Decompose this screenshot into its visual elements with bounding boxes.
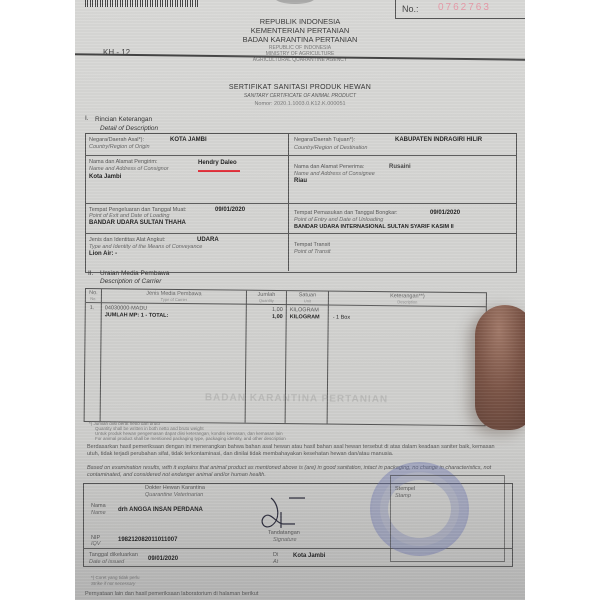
header-republic: REPUBLIK INDONESIA [75, 17, 525, 26]
conveyance-label: Jenis dan Identitas Alat Angkut: [89, 237, 165, 243]
section1-column-divider [288, 133, 289, 271]
conveyance-type: UDARA [197, 237, 219, 243]
barcode [85, 0, 200, 7]
section2-numeral: II. [88, 270, 93, 277]
watermark: BADAN KARANTINA PERTANIAN [205, 392, 388, 405]
destination-value: KABUPATEN INDRAGIRI HILIR [395, 137, 482, 143]
conveyance-identity: Lion Air: - [89, 251, 117, 257]
row-carrier: JUMLAH MP: 1 - TOTAL: [105, 312, 169, 319]
row-divider [85, 233, 516, 234]
header-agency: BADAN KARANTINA PERTANIAN [75, 35, 525, 44]
destination-label-en: Country/Region of Destination [294, 145, 367, 151]
row-divider [85, 155, 516, 156]
section1-numeral: I. [85, 115, 89, 122]
origin-value: KOTA JAMBI [170, 137, 207, 143]
origin-label: Negara/Daerah Asal*): [89, 137, 144, 143]
consignor-label-en: Name and Address of Consignor [89, 166, 169, 172]
consignee-label: Nama dan Alamat Penerima: [294, 164, 364, 170]
column-header-no-en: No. [86, 296, 101, 301]
row-unit: KILOGRAM [290, 314, 320, 320]
document-number: Nomor: 2020.1.1003.0.K12.K.000051 [75, 101, 525, 107]
certificate-photo: No.: 0762763 REPUBLIK INDONESIA KEMENTER… [75, 0, 525, 600]
row-carrier: 04030000-MADU [105, 305, 148, 311]
entry-date: 09/01/2020 [430, 210, 460, 216]
entry-place: BANDAR UDARA INTERNASIONAL SULTAN SYARIF… [294, 224, 454, 230]
serial-label: No.: [402, 4, 419, 14]
document-title: SERTIFIKAT SANITASI PRODUK HEWAN [75, 84, 525, 91]
consignor-address: Kota Jambi [89, 174, 121, 180]
exit-place: BANDAR UDARA SULTAN THAHA [89, 220, 186, 226]
column-header-unit-en: Unit [287, 298, 328, 303]
row-unit: KILOGRAM [290, 307, 319, 313]
consignor-label: Nama dan Alamat Pengirim: [89, 159, 157, 165]
entry-label-en: Point of Entry and Date of Unloading [294, 217, 383, 223]
consignee-address: Riau [294, 178, 307, 184]
conveyance-label-en: Type and Identity of the Means of Convey… [89, 244, 202, 250]
emblem-icon [275, 0, 315, 4]
entry-label: Tempat Pemasukan dan Tanggal Bongkar: [294, 210, 398, 216]
row-description: - 1 Box [333, 315, 350, 321]
exit-label-en: Point of Exit and Date of Loading [89, 213, 169, 219]
origin-label-en: Country/Region of Origin [89, 144, 150, 150]
header-ministry: KEMENTERIAN PERTANIAN [75, 26, 525, 35]
section1-title-en: Detail of Description [100, 125, 158, 132]
row-quantity: 1,00 [247, 314, 283, 320]
section2-title-en: Description of Carrier [100, 278, 161, 285]
exit-date: 09/01/2020 [215, 207, 245, 213]
row-quantity: 1,00 [247, 307, 283, 313]
shadow [75, 440, 525, 600]
section2-title: Uraian Media Pembawa [100, 270, 169, 277]
transit-label-en: Point of Transit [294, 249, 331, 255]
col-divider [100, 289, 102, 421]
row-divider [85, 203, 516, 204]
carrier-table: No. No. Jenis Media Pembawa Type of Carr… [84, 288, 487, 426]
column-header-quantity-en: Quantity [247, 298, 286, 303]
consignee-name: Rusaini [389, 164, 411, 170]
form-code: KH - 12 [103, 48, 130, 57]
serial-value: 0762763 [438, 2, 491, 13]
thumb-holding-document [475, 305, 525, 430]
row-no: 1. [90, 305, 95, 311]
destination-label: Negara/Daerah Tujuan*): [294, 137, 355, 143]
red-underline-mark [198, 170, 240, 172]
transit-label: Tempat Transit [294, 242, 330, 248]
document-title-en: SANITARY CERTIFICATE OF ANIMAL PRODUCT [75, 93, 525, 99]
consignor-name: Hendry Daleo [198, 160, 237, 166]
section1-title: Rincian Keterangan [95, 116, 152, 123]
consignee-label-en: Name and Address of Consignee [294, 171, 375, 177]
